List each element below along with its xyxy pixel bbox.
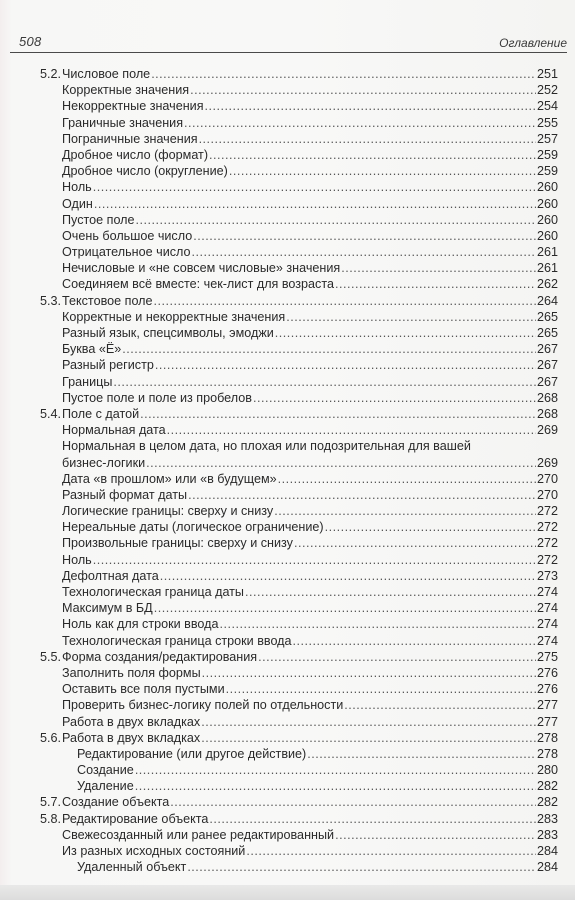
toc-entry-row: Редактирование (или другое действие)278 xyxy=(0,746,575,762)
dot-leader xyxy=(229,163,536,179)
entry-title: Проверить бизнес-логику полей по отдельн… xyxy=(62,697,344,713)
dot-leader xyxy=(274,503,536,519)
toc-entry: Разный язык, спецсимволы, эмоджи265 xyxy=(62,325,558,341)
entry-page-number: 274 xyxy=(536,584,558,600)
toc-entry: Ноль260 xyxy=(62,179,558,195)
dot-leader xyxy=(245,584,536,600)
entry-page-number xyxy=(557,438,558,454)
dot-leader xyxy=(335,276,536,292)
entry-page-number: 257 xyxy=(536,131,558,147)
entry-title: Очень большое число xyxy=(62,228,193,244)
toc-entry: Соединяем всё вместе: чек-лист для возра… xyxy=(62,276,558,292)
entry-page-number: 268 xyxy=(536,406,558,422)
entry-title: Пустое поле xyxy=(62,212,136,228)
section-number: 5.2. xyxy=(40,66,61,82)
entry-page-number: 274 xyxy=(536,616,558,632)
toc-entry-row: Корректные и некорректные значения265 xyxy=(0,309,575,325)
toc-entry-row: Пограничные значения257 xyxy=(0,131,575,147)
toc-entry-row: Отрицательное число261 xyxy=(0,244,575,260)
toc-entry-row: Ноль260 xyxy=(0,179,575,195)
entry-page-number: 277 xyxy=(536,697,558,713)
toc-entry: Удаление282 xyxy=(77,778,558,794)
toc-entry: Отрицательное число261 xyxy=(62,244,558,260)
toc-entry-row: Дата «в прошлом» или «в будущем»270 xyxy=(0,471,575,487)
entry-title: Ноль xyxy=(62,179,93,195)
toc-entry-row: Некорректные значения254 xyxy=(0,98,575,114)
entry-title: Нормальная дата xyxy=(62,422,167,438)
toc-entry-row: Из разных исходных состояний284 xyxy=(0,843,575,859)
entry-page-number: 260 xyxy=(536,228,558,244)
entry-title: Работа в двух вкладках xyxy=(62,714,201,730)
toc-entry: Разный регистр267 xyxy=(62,357,558,373)
entry-page-number: 278 xyxy=(536,746,558,762)
entry-title: Разный регистр xyxy=(62,357,155,373)
entry-page-number: 259 xyxy=(536,147,558,163)
toc-entry-row: Корректные значения252 xyxy=(0,82,575,98)
toc-entry: Форма создания/редактирования275 xyxy=(62,649,558,665)
toc-entry-row: Создание280 xyxy=(0,762,575,778)
dot-leader xyxy=(188,487,536,503)
toc-entry-row: Один260 xyxy=(0,196,575,212)
entry-title: Удаление xyxy=(77,778,135,794)
entry-page-number: 270 xyxy=(536,487,558,503)
toc-entry-row: Дефолтная дата273 xyxy=(0,568,575,584)
toc-entry-row: Дробное число (формат)259 xyxy=(0,147,575,163)
toc-entry-row: Нормальная в целом дата, но плохая или п… xyxy=(0,438,575,454)
entry-title: Максимум в БД xyxy=(62,600,154,616)
entry-title: Редактирование объекта xyxy=(62,811,209,827)
dot-leader xyxy=(294,535,536,551)
entry-page-number: 272 xyxy=(536,552,558,568)
toc-section-row: 5.5.Форма создания/редактирования275 xyxy=(0,649,575,665)
entry-page-number: 265 xyxy=(536,309,558,325)
entry-page-number: 272 xyxy=(536,519,558,535)
entry-page-number: 255 xyxy=(536,115,558,131)
entry-title: Корректные и некорректные значения xyxy=(62,309,286,325)
entry-title: Текстовое поле xyxy=(62,293,154,309)
entry-page-number: 276 xyxy=(536,681,558,697)
toc-entry-row: Максимум в БД274 xyxy=(0,600,575,616)
entry-page-number: 267 xyxy=(536,357,558,373)
toc-entry-row: Пустое поле260 xyxy=(0,212,575,228)
toc-entry: Пограничные значения257 xyxy=(62,131,558,147)
section-number: 5.3. xyxy=(40,293,61,309)
toc-entry: Редактирование объекта283 xyxy=(62,811,558,827)
toc-entry: Редактирование (или другое действие)278 xyxy=(77,746,558,762)
toc-entry-row: Нечисловые и «не совсем числовые» значен… xyxy=(0,260,575,276)
entry-page-number: 277 xyxy=(536,714,558,730)
toc-entry-row: Удаленный объект284 xyxy=(0,859,575,875)
entry-page-number: 273 xyxy=(536,568,558,584)
toc-entry: бизнес-логики269 xyxy=(62,455,558,471)
toc-entry: Один260 xyxy=(62,196,558,212)
toc-entry-row: Ноль272 xyxy=(0,552,575,568)
dot-leader xyxy=(151,66,536,82)
entry-title: Пустое поле и поле из пробелов xyxy=(62,390,253,406)
entry-title: Отрицательное число xyxy=(62,244,192,260)
toc-section-row: 5.7.Создание объекта282 xyxy=(0,794,575,810)
toc-entry: Из разных исходных состояний284 xyxy=(62,843,558,859)
entry-page-number: 264 xyxy=(536,293,558,309)
entry-page-number: 278 xyxy=(536,730,558,746)
toc-entry: Ноль как для строки ввода274 xyxy=(62,616,558,632)
page-header: 508 Оглавление xyxy=(10,34,567,52)
entry-page-number: 268 xyxy=(536,390,558,406)
toc-entry: Заполнить поля формы276 xyxy=(62,665,558,681)
entry-title: Пограничные значения xyxy=(62,131,199,147)
table-of-contents: 5.2.Числовое поле251Корректные значения2… xyxy=(0,66,575,875)
entry-title: Буква «Ё» xyxy=(62,341,122,357)
dot-leader xyxy=(201,714,536,730)
dot-leader xyxy=(209,147,536,163)
toc-entry-row: Удаление282 xyxy=(0,778,575,794)
dot-leader xyxy=(170,794,536,810)
dot-leader xyxy=(190,82,536,98)
dot-leader xyxy=(122,341,536,357)
entry-title: Форма создания/редактирования xyxy=(62,649,258,665)
entry-title: Логические границы: сверху и снизу xyxy=(62,503,274,519)
dot-leader xyxy=(246,843,536,859)
entry-title: Технологическая граница даты xyxy=(62,584,245,600)
toc-entry-row: Ноль как для строки ввода274 xyxy=(0,616,575,632)
toc-entry: Максимум в БД274 xyxy=(62,600,558,616)
toc-entry: Свежесозданный или ранее редактированный… xyxy=(62,827,558,843)
dot-leader xyxy=(136,212,536,228)
section-number: 5.4. xyxy=(40,406,61,422)
entry-page-number: 262 xyxy=(536,276,558,292)
toc-entry-row: Работа в двух вкладках277 xyxy=(0,714,575,730)
dot-leader xyxy=(258,649,536,665)
dot-leader xyxy=(219,616,536,632)
dot-leader xyxy=(146,455,536,471)
dot-leader xyxy=(293,633,536,649)
dot-leader xyxy=(202,665,536,681)
dot-leader xyxy=(155,357,536,373)
toc-entry: Буква «Ё»267 xyxy=(62,341,558,357)
toc-entry-row: Проверить бизнес-логику полей по отдельн… xyxy=(0,697,575,713)
entry-title: Ноль xyxy=(62,552,93,568)
dot-leader xyxy=(135,778,536,794)
toc-entry: Корректные значения252 xyxy=(62,82,558,98)
entry-page-number: 274 xyxy=(536,600,558,616)
toc-entry: Нормальная в целом дата, но плохая или п… xyxy=(62,438,558,454)
entry-title: Разный язык, спецсимволы, эмоджи xyxy=(62,325,275,341)
toc-entry: Граничные значения255 xyxy=(62,115,558,131)
page-number: 508 xyxy=(19,34,42,49)
entry-page-number: 282 xyxy=(536,778,558,794)
entry-title: Корректные значения xyxy=(62,82,190,98)
dot-leader xyxy=(93,179,536,195)
entry-page-number: 282 xyxy=(536,794,558,810)
toc-entry: Разный формат даты270 xyxy=(62,487,558,503)
toc-entry: Произвольные границы: сверху и снизу272 xyxy=(62,535,558,551)
dot-leader xyxy=(93,552,536,568)
entry-page-number: 284 xyxy=(536,843,558,859)
dot-leader xyxy=(192,244,536,260)
entry-title: Произвольные границы: сверху и снизу xyxy=(62,535,294,551)
toc-entry-row: Свежесозданный или ранее редактированный… xyxy=(0,827,575,843)
dot-leader xyxy=(154,293,536,309)
entry-title: Оставить все поля пустыми xyxy=(62,681,226,697)
toc-entry-row: Технологическая граница даты274 xyxy=(0,584,575,600)
entry-title: Технологическая граница строки ввода xyxy=(62,633,293,649)
dot-leader xyxy=(209,811,536,827)
toc-entry: Проверить бизнес-логику полей по отдельн… xyxy=(62,697,558,713)
entry-page-number: 269 xyxy=(536,422,558,438)
toc-entry: Некорректные значения254 xyxy=(62,98,558,114)
toc-entry: Работа в двух вкладках277 xyxy=(62,714,558,730)
entry-title: Работа в двух вкладках xyxy=(62,730,201,746)
entry-page-number: 267 xyxy=(536,341,558,357)
dot-leader xyxy=(226,681,536,697)
toc-entry: Создание объекта282 xyxy=(62,794,558,810)
entry-title: Создание объекта xyxy=(62,794,170,810)
toc-entry: Технологическая граница строки ввода274 xyxy=(62,633,558,649)
entry-title: Дата «в прошлом» или «в будущем» xyxy=(62,471,278,487)
dot-leader xyxy=(253,390,536,406)
entry-page-number: 254 xyxy=(536,98,558,114)
entry-page-number: 252 xyxy=(536,82,558,98)
entry-title: Разный формат даты xyxy=(62,487,188,503)
entry-page-number: 275 xyxy=(536,649,558,665)
entry-page-number: 272 xyxy=(536,535,558,551)
entry-title: бизнес-логики xyxy=(62,455,146,471)
entry-title: Граничные значения xyxy=(62,115,184,131)
dot-leader xyxy=(184,115,536,131)
toc-entry: Дефолтная дата273 xyxy=(62,568,558,584)
toc-entry-row: бизнес-логики269 xyxy=(0,455,575,471)
toc-entry-row: Очень большое число260 xyxy=(0,228,575,244)
toc-entry: Очень большое число260 xyxy=(62,228,558,244)
entry-title: Редактирование (или другое действие) xyxy=(77,746,307,762)
toc-entry: Удаленный объект284 xyxy=(77,859,558,875)
toc-entry: Логические границы: сверху и снизу272 xyxy=(62,503,558,519)
toc-entry-row: Произвольные границы: сверху и снизу272 xyxy=(0,535,575,551)
dot-leader xyxy=(94,196,536,212)
toc-entry: Ноль272 xyxy=(62,552,558,568)
entry-title: Нормальная в целом дата, но плохая или п… xyxy=(62,438,472,454)
entry-title: Некорректные значения xyxy=(62,98,205,114)
section-number: 5.7. xyxy=(40,794,61,810)
toc-entry: Дробное число (формат)259 xyxy=(62,147,558,163)
entry-page-number: 267 xyxy=(536,374,558,390)
book-page: 508 Оглавление 5.2.Числовое поле251Корре… xyxy=(0,0,575,900)
toc-entry-row: Буква «Ё»267 xyxy=(0,341,575,357)
toc-entry: Нереальные даты (логическое ограничение)… xyxy=(62,519,558,535)
dot-leader xyxy=(201,730,536,746)
toc-entry-row: Разный формат даты270 xyxy=(0,487,575,503)
toc-entry-row: Логические границы: сверху и снизу272 xyxy=(0,503,575,519)
toc-entry: Дробное число (округление)259 xyxy=(62,163,558,179)
toc-entry-row: Нереальные даты (логическое ограничение)… xyxy=(0,519,575,535)
page-bottom-edge xyxy=(0,885,575,900)
entry-title: Удаленный объект xyxy=(77,859,187,875)
entry-title: Заполнить поля формы xyxy=(62,665,202,681)
entry-page-number: 260 xyxy=(536,212,558,228)
toc-entry: Поле с датой268 xyxy=(62,406,558,422)
toc-entry: Корректные и некорректные значения265 xyxy=(62,309,558,325)
entry-page-number: 265 xyxy=(536,325,558,341)
entry-title: Соединяем всё вместе: чек-лист для возра… xyxy=(62,276,335,292)
entry-title: Свежесозданный или ранее редактированный xyxy=(62,827,335,843)
toc-entry: Текстовое поле264 xyxy=(62,293,558,309)
running-title: Оглавление xyxy=(499,36,567,50)
toc-section-row: 5.4.Поле с датой268 xyxy=(0,406,575,422)
toc-section-row: 5.6.Работа в двух вкладках278 xyxy=(0,730,575,746)
entry-page-number: 272 xyxy=(536,503,558,519)
toc-entry-row: Соединяем всё вместе: чек-лист для возра… xyxy=(0,276,575,292)
entry-title: Ноль как для строки ввода xyxy=(62,616,219,632)
toc-section-row: 5.3.Текстовое поле264 xyxy=(0,293,575,309)
dot-leader xyxy=(199,131,536,147)
entry-title: Нечисловые и «не совсем числовые» значен… xyxy=(62,260,341,276)
entry-page-number: 283 xyxy=(536,827,558,843)
dot-leader xyxy=(113,374,536,390)
entry-page-number: 261 xyxy=(536,244,558,260)
entry-page-number: 259 xyxy=(536,163,558,179)
toc-entry: Технологическая граница даты274 xyxy=(62,584,558,600)
toc-entry-row: Оставить все поля пустыми276 xyxy=(0,681,575,697)
toc-entry-row: Заполнить поля формы276 xyxy=(0,665,575,681)
section-number: 5.5. xyxy=(40,649,61,665)
entry-title: Из разных исходных состояний xyxy=(62,843,246,859)
toc-entry-row: Границы267 xyxy=(0,374,575,390)
toc-entry: Нормальная дата269 xyxy=(62,422,558,438)
toc-section-row: 5.8.Редактирование объекта283 xyxy=(0,811,575,827)
dot-leader xyxy=(344,697,536,713)
entry-page-number: 261 xyxy=(536,260,558,276)
toc-section-row: 5.2.Числовое поле251 xyxy=(0,66,575,82)
toc-entry-row: Разный язык, спецсимволы, эмоджи265 xyxy=(0,325,575,341)
toc-entry-row: Пустое поле и поле из пробелов268 xyxy=(0,390,575,406)
entry-page-number: 251 xyxy=(536,66,558,82)
entry-title: Дробное число (округление) xyxy=(62,163,229,179)
toc-entry: Нечисловые и «не совсем числовые» значен… xyxy=(62,260,558,276)
dot-leader xyxy=(325,519,536,535)
entry-title: Поле с датой xyxy=(62,406,140,422)
toc-entry: Создание280 xyxy=(77,762,558,778)
toc-entry-row: Технологическая граница строки ввода274 xyxy=(0,633,575,649)
dot-leader xyxy=(193,228,536,244)
entry-page-number: 284 xyxy=(536,859,558,875)
dot-leader xyxy=(307,746,536,762)
toc-entry: Пустое поле и поле из пробелов268 xyxy=(62,390,558,406)
entry-title: Границы xyxy=(62,374,113,390)
toc-entry-row: Граничные значения255 xyxy=(0,115,575,131)
dot-leader xyxy=(341,260,536,276)
entry-page-number: 269 xyxy=(536,455,558,471)
entry-title: Числовое поле xyxy=(62,66,151,82)
toc-entry: Дата «в прошлом» или «в будущем»270 xyxy=(62,471,558,487)
dot-leader xyxy=(135,762,536,778)
entry-title: Создание xyxy=(77,762,135,778)
entry-page-number: 260 xyxy=(536,196,558,212)
entry-title: Дефолтная дата xyxy=(62,568,160,584)
entry-title: Нереальные даты (логическое ограничение) xyxy=(62,519,325,535)
dot-leader xyxy=(286,309,536,325)
toc-entry-row: Нормальная дата269 xyxy=(0,422,575,438)
section-number: 5.6. xyxy=(40,730,61,746)
dot-leader xyxy=(278,471,536,487)
toc-entry: Границы267 xyxy=(62,374,558,390)
dot-leader xyxy=(275,325,536,341)
toc-entry: Пустое поле260 xyxy=(62,212,558,228)
dot-leader xyxy=(187,859,536,875)
dot-leader xyxy=(472,438,557,454)
section-number: 5.8. xyxy=(40,811,61,827)
toc-entry: Работа в двух вкладках278 xyxy=(62,730,558,746)
entry-page-number: 276 xyxy=(536,665,558,681)
toc-entry-row: Дробное число (округление)259 xyxy=(0,163,575,179)
dot-leader xyxy=(335,827,536,843)
entry-page-number: 280 xyxy=(536,762,558,778)
toc-entry: Оставить все поля пустыми276 xyxy=(62,681,558,697)
dot-leader xyxy=(167,422,536,438)
dot-leader xyxy=(160,568,536,584)
entry-page-number: 270 xyxy=(536,471,558,487)
toc-entry: Числовое поле251 xyxy=(62,66,558,82)
entry-page-number: 260 xyxy=(536,179,558,195)
entry-title: Один xyxy=(62,196,94,212)
header-rule xyxy=(10,52,567,53)
entry-title: Дробное число (формат) xyxy=(62,147,209,163)
dot-leader xyxy=(205,98,536,114)
entry-page-number: 283 xyxy=(536,811,558,827)
entry-page-number: 274 xyxy=(536,633,558,649)
dot-leader xyxy=(154,600,536,616)
dot-leader xyxy=(140,406,536,422)
toc-entry-row: Разный регистр267 xyxy=(0,357,575,373)
